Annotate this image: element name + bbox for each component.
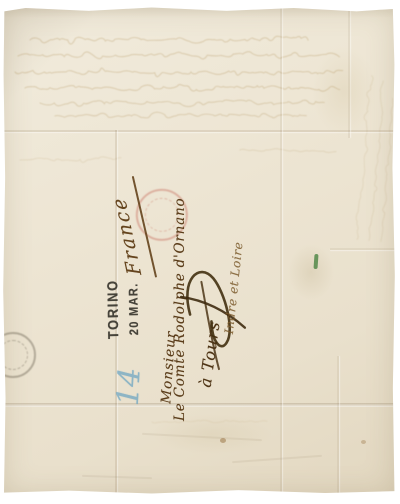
wrinkle-line [142, 433, 262, 441]
arrival-postmark-inner-ring [0, 340, 28, 370]
stain-blotch [288, 244, 334, 300]
vertical-crease-bottom-right [337, 356, 339, 496]
torino-datestamp-date: 20 MAR. [126, 276, 141, 341]
horizontal-crease-upper [2, 130, 396, 132]
vertical-crease-top-right [348, 6, 350, 138]
vertical-crease-center-right [280, 6, 282, 496]
torino-datestamp-city: TORINO [105, 276, 122, 341]
short-crease-right [330, 248, 396, 250]
stain-speck [361, 440, 366, 444]
arrival-postmark [0, 332, 36, 378]
address-flourish [177, 257, 255, 373]
postal-markings-cluster: France TORINO 20 MAR. 14 Monsieur Le Com… [99, 165, 262, 423]
rate-mark: 14 [111, 367, 148, 407]
wrinkle-line [82, 475, 152, 479]
stain-blotch [312, 46, 376, 136]
letter-photo: France TORINO 20 MAR. 14 Monsieur Le Com… [0, 0, 400, 504]
torino-datestamp: TORINO 20 MAR. [105, 276, 141, 342]
letter-paper: France TORINO 20 MAR. 14 Monsieur Le Com… [2, 6, 396, 496]
wrinkle-line [232, 455, 322, 463]
top-left-corner-fold [2, 6, 92, 106]
green-stain [313, 254, 318, 269]
